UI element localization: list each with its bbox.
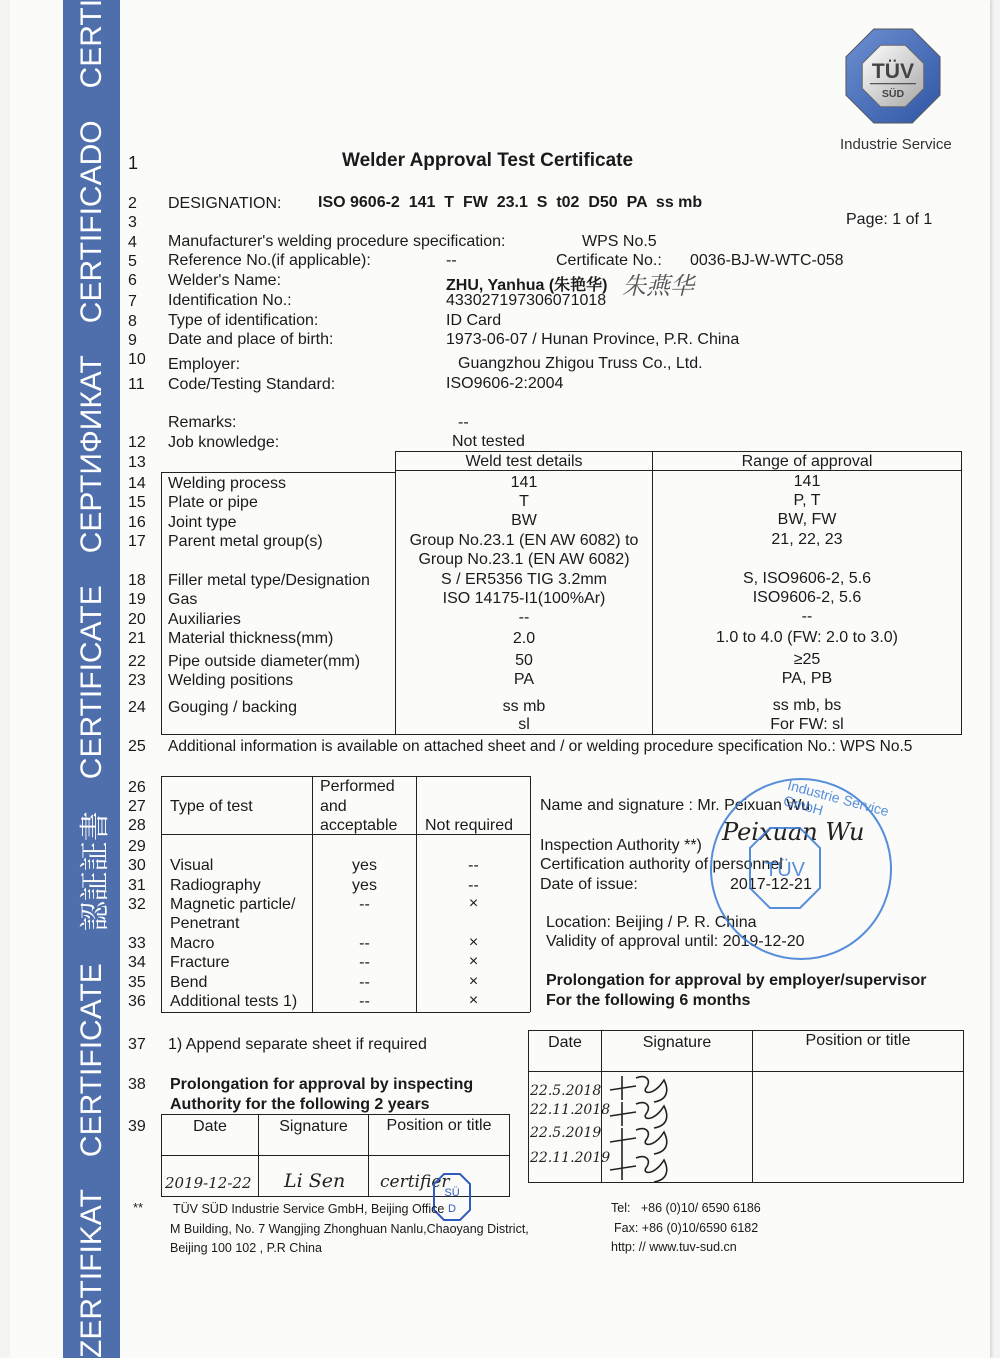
- footer-web-link[interactable]: http: // www.tuv-sud.cn: [611, 1240, 737, 1254]
- row-range: 141: [653, 473, 961, 491]
- band-word: CERTIFICAT: [75, 0, 109, 88]
- band-word: ZERTIFIKAT: [75, 1189, 109, 1358]
- band-word: CERTIFICADO: [75, 120, 109, 323]
- row-label: Gouging / backing: [168, 699, 297, 717]
- diamond-icon: [87, 334, 97, 344]
- line-number: 29: [128, 838, 152, 856]
- col-performed-2: and: [320, 798, 347, 816]
- svg-text:TÜV: TÜV: [765, 859, 806, 881]
- row-label: Material thickness(mm): [168, 630, 333, 648]
- welder-signature: 朱燕华: [622, 266, 694, 301]
- line-number: 23: [128, 672, 152, 690]
- row-range: PA, PB: [653, 670, 961, 688]
- band-word: СЕРТИФИКАТ: [75, 355, 109, 553]
- employer-value: Guangzhou Zhigou Truss Co., Ltd.: [458, 355, 703, 373]
- line-number: 16: [128, 514, 152, 532]
- id-type-value: ID Card: [446, 312, 501, 330]
- reference-value: --: [446, 252, 457, 270]
- row-detail: --: [396, 609, 652, 627]
- row-range: S, ISO9606-2, 5.6: [653, 570, 961, 588]
- line-number: 5: [128, 253, 152, 271]
- row-label: Plate or pipe: [168, 494, 258, 512]
- designation-label: DESIGNATION:: [168, 195, 282, 213]
- designation-value: ISO 9606-2 141 T FW 23.1 S t02 D50 PA ss…: [318, 194, 702, 212]
- col-position: Position or title: [369, 1117, 509, 1135]
- line-number: 28: [128, 817, 152, 835]
- svg-text:SÜ: SÜ: [444, 1187, 459, 1199]
- col-weld-test-details: Weld test details: [396, 453, 652, 471]
- id-label: Identification No.:: [168, 292, 292, 310]
- diamond-icon: [87, 99, 97, 109]
- row-range: 21, 22, 23: [653, 531, 961, 549]
- line-number: 24: [128, 699, 152, 717]
- footer-tel: Tel: +86 (0)10/ 6590 6186: [611, 1201, 761, 1215]
- row-detail: BW: [396, 512, 652, 530]
- row-range: P, T: [653, 492, 961, 510]
- diamond-icon: [87, 942, 97, 952]
- line-number: 39: [128, 1118, 152, 1136]
- standard-value: ISO9606-2:2004: [446, 375, 563, 393]
- col-type-of-test: Type of test: [170, 798, 253, 816]
- line-number: 9: [128, 332, 152, 350]
- wps-label: Manufacturer's welding procedure specifi…: [168, 233, 505, 251]
- test-type: Macro: [170, 935, 214, 953]
- row-detail: 141: [396, 474, 652, 492]
- line-number: 14: [128, 475, 152, 493]
- line-number: 20: [128, 611, 152, 629]
- line-number: 37: [128, 1036, 152, 1054]
- test-not-required: ×: [417, 953, 530, 971]
- line-number: 8: [128, 313, 152, 331]
- standard-label: Code/Testing Standard:: [168, 376, 335, 394]
- line-number: 34: [128, 954, 152, 972]
- test-performed: yes: [313, 877, 416, 895]
- official-stamp: TÜV Industrie Service GmbH: [710, 778, 892, 960]
- employer-prolongation-subheading: For the following 6 months: [546, 992, 750, 1010]
- line-number: 13: [128, 454, 152, 472]
- test-not-required: --: [417, 857, 530, 875]
- row-detail: ss mb: [396, 698, 652, 716]
- line-number: 10: [128, 351, 152, 369]
- footer-address-3: Beijing 100 102 , P.R China: [170, 1241, 322, 1255]
- line-number: 2: [128, 195, 152, 213]
- diamond-icon: [87, 790, 97, 800]
- row-range: ISO9606-2, 5.6: [653, 589, 961, 607]
- svg-text:TÜV: TÜV: [872, 60, 914, 83]
- id-type-label: Type of identification:: [168, 312, 318, 330]
- side-band: ZERTIFIKAT CERTIFICATE 認証証書 CERTIFICATE …: [63, 0, 120, 1358]
- side-band-text: ZERTIFIKAT CERTIFICATE 認証証書 CERTIFICATE …: [63, 0, 120, 1358]
- line-number: 21: [128, 630, 152, 648]
- line-number: 12: [128, 434, 152, 452]
- row-label: Auxiliaries: [168, 611, 241, 629]
- line-number: 17: [128, 533, 152, 551]
- row-label: Pipe outside diameter(mm): [168, 653, 360, 671]
- line-number: 22: [128, 653, 152, 671]
- test-type: Penetrant: [170, 915, 239, 933]
- line-number: 26: [128, 779, 152, 797]
- band-word: CERTIFICATE: [75, 585, 109, 779]
- line-number: 33: [128, 935, 152, 953]
- page-indicator: Page: 1 of 1: [846, 211, 932, 229]
- test-not-required: ×: [417, 895, 530, 913]
- job-knowledge-value: Not tested: [452, 433, 525, 451]
- col-performed-3: acceptable: [320, 817, 397, 835]
- row-label: Welding process: [168, 475, 286, 493]
- page-title: Welder Approval Test Certificate: [342, 150, 633, 172]
- line-number: 15: [128, 494, 152, 512]
- test-performed: --: [313, 954, 416, 972]
- job-knowledge-label: Job knowledge:: [168, 434, 279, 452]
- wps-value: WPS No.5: [582, 233, 657, 251]
- row-label: Gas: [168, 591, 197, 609]
- test-not-required: ×: [417, 973, 530, 991]
- row-range: 1.0 to 4.0 (FW: 2.0 to 3.0): [653, 629, 961, 647]
- line-number: 30: [128, 857, 152, 875]
- row-range: ≥25: [653, 651, 961, 669]
- band-word: CERTIFICATE: [75, 963, 109, 1157]
- svg-text:SÜD: SÜD: [882, 87, 905, 100]
- row-range: ss mb, bs: [653, 697, 961, 715]
- col-range-of-approval: Range of approval: [653, 453, 961, 471]
- line-number: 6: [128, 272, 152, 290]
- test-performed: --: [313, 935, 416, 953]
- tuv-stamp-icon: TÜV: [748, 826, 822, 910]
- signature-scribble-icon: [606, 1072, 696, 1182]
- col-performed-1: Performed: [320, 778, 395, 796]
- row-detail: 2.0: [396, 630, 652, 648]
- employer-prolongation-heading: Prolongation for approval by employer/su…: [546, 972, 927, 990]
- test-not-required: ×: [417, 934, 530, 952]
- diamond-icon: [87, 1168, 97, 1178]
- line-number: 19: [128, 591, 152, 609]
- tuv-sud-logo-icon: TÜV SÜD: [845, 28, 941, 124]
- col-date: Date: [529, 1034, 601, 1052]
- line-number: 38: [128, 1076, 152, 1094]
- line-number: 36: [128, 993, 152, 1011]
- row-label: Filler metal type/Designation: [168, 572, 370, 590]
- test-not-required: --: [417, 877, 530, 895]
- test-performed: --: [313, 993, 416, 1011]
- logo-caption: Industrie Service: [840, 136, 952, 153]
- diamond-icon: [87, 564, 97, 574]
- row-detail: ISO 14175-I1(100%Ar): [396, 590, 652, 608]
- row-detail: PA: [396, 671, 652, 689]
- test-type: Visual: [170, 857, 213, 875]
- employer-label: Employer:: [168, 356, 240, 374]
- line-number: 4: [128, 234, 152, 252]
- line-number: 18: [128, 572, 152, 590]
- remarks-label: Remarks:: [168, 414, 236, 432]
- footer-address-1: TÜV SÜD Industrie Service GmbH, Beijing …: [173, 1202, 444, 1216]
- line-number: 3: [128, 214, 152, 232]
- col-position: Position or title: [753, 1032, 963, 1050]
- row-range: --: [653, 608, 961, 626]
- row-detail: S / ER5356 TIG 3.2mm: [396, 571, 652, 589]
- row-label: Parent metal group(s): [168, 533, 323, 551]
- prolongation-date: 22.5.2018: [530, 1083, 601, 1099]
- inspecting-prolongation-heading: Prolongation for approval by inspecting: [170, 1076, 473, 1094]
- col-signature: Signature: [259, 1118, 368, 1136]
- line-number: 35: [128, 974, 152, 992]
- test-type: Magnetic particle/: [170, 896, 295, 914]
- line-number: 7: [128, 293, 152, 311]
- row-label: Joint type: [168, 514, 236, 532]
- footer-fax: Fax: +86 (0)10/6590 6182: [614, 1221, 758, 1235]
- test-performed: --: [313, 974, 416, 992]
- test-type: Radiography: [170, 877, 261, 895]
- svg-text:D: D: [448, 1203, 456, 1215]
- line-number: 27: [128, 798, 152, 816]
- row-detail: 50: [396, 652, 652, 670]
- col-signature: Signature: [602, 1034, 752, 1052]
- row-range: BW, FW: [653, 511, 961, 529]
- prolongation-date: 22.5.2019: [530, 1125, 601, 1141]
- test-performed: yes: [313, 857, 416, 875]
- certificate-no-value: 0036-BJ-W-WTC-058: [690, 252, 844, 270]
- row-range: For FW: sl: [653, 716, 961, 734]
- reference-label: Reference No.(if applicable):: [168, 252, 371, 270]
- line-number: 1: [128, 153, 152, 174]
- col-not-required: Not required: [425, 817, 513, 835]
- row-label: Welding positions: [168, 672, 293, 690]
- row-detail: T: [396, 493, 652, 511]
- inspection-authority: Inspection Authority **): [540, 837, 702, 855]
- remarks-value: --: [458, 414, 469, 432]
- date-of-issue-label: Date of issue:: [540, 876, 638, 894]
- prolongation-date: 22.11.2019: [530, 1150, 610, 1166]
- birth-value: 1973-06-07 / Hunan Province, P.R. China: [446, 331, 739, 349]
- band-word: 認証証書: [70, 811, 114, 931]
- row-detail: Group No.23.1 (EN AW 6082): [396, 551, 652, 569]
- row-detail: sl: [396, 716, 652, 734]
- test-type: Fracture: [170, 954, 230, 972]
- test-not-required: ×: [417, 992, 530, 1010]
- line-number: 11: [128, 376, 152, 394]
- footnote: 1) Append separate sheet if required: [168, 1036, 427, 1054]
- row-detail: Group No.23.1 (EN AW 6082) to: [396, 532, 652, 550]
- line-number: 32: [128, 896, 152, 914]
- line-number: 31: [128, 877, 152, 895]
- id-value: 433027197306071018: [446, 292, 606, 310]
- test-type: Bend: [170, 974, 207, 992]
- line-number: 25: [128, 738, 152, 756]
- birth-label: Date and place of birth:: [168, 331, 333, 349]
- welder-name-label: Welder's Name:: [168, 272, 281, 290]
- inspecting-prolongation-subheading: Authority for the following 2 years: [170, 1096, 430, 1114]
- prolongation-date: 22.11.2018: [530, 1102, 610, 1118]
- footer-marker: **: [133, 1200, 143, 1215]
- test-type: Additional tests 1): [170, 993, 297, 1011]
- test-performed: --: [313, 896, 416, 914]
- additional-info: Additional information is available on a…: [168, 738, 912, 756]
- inspecting-signature: Li Sen: [284, 1170, 345, 1192]
- inspecting-date: 2019-12-22: [165, 1174, 251, 1192]
- footer-address-2: M Building, No. 7 Wangjing Zhonghuan Nan…: [170, 1222, 529, 1236]
- col-date: Date: [162, 1118, 258, 1136]
